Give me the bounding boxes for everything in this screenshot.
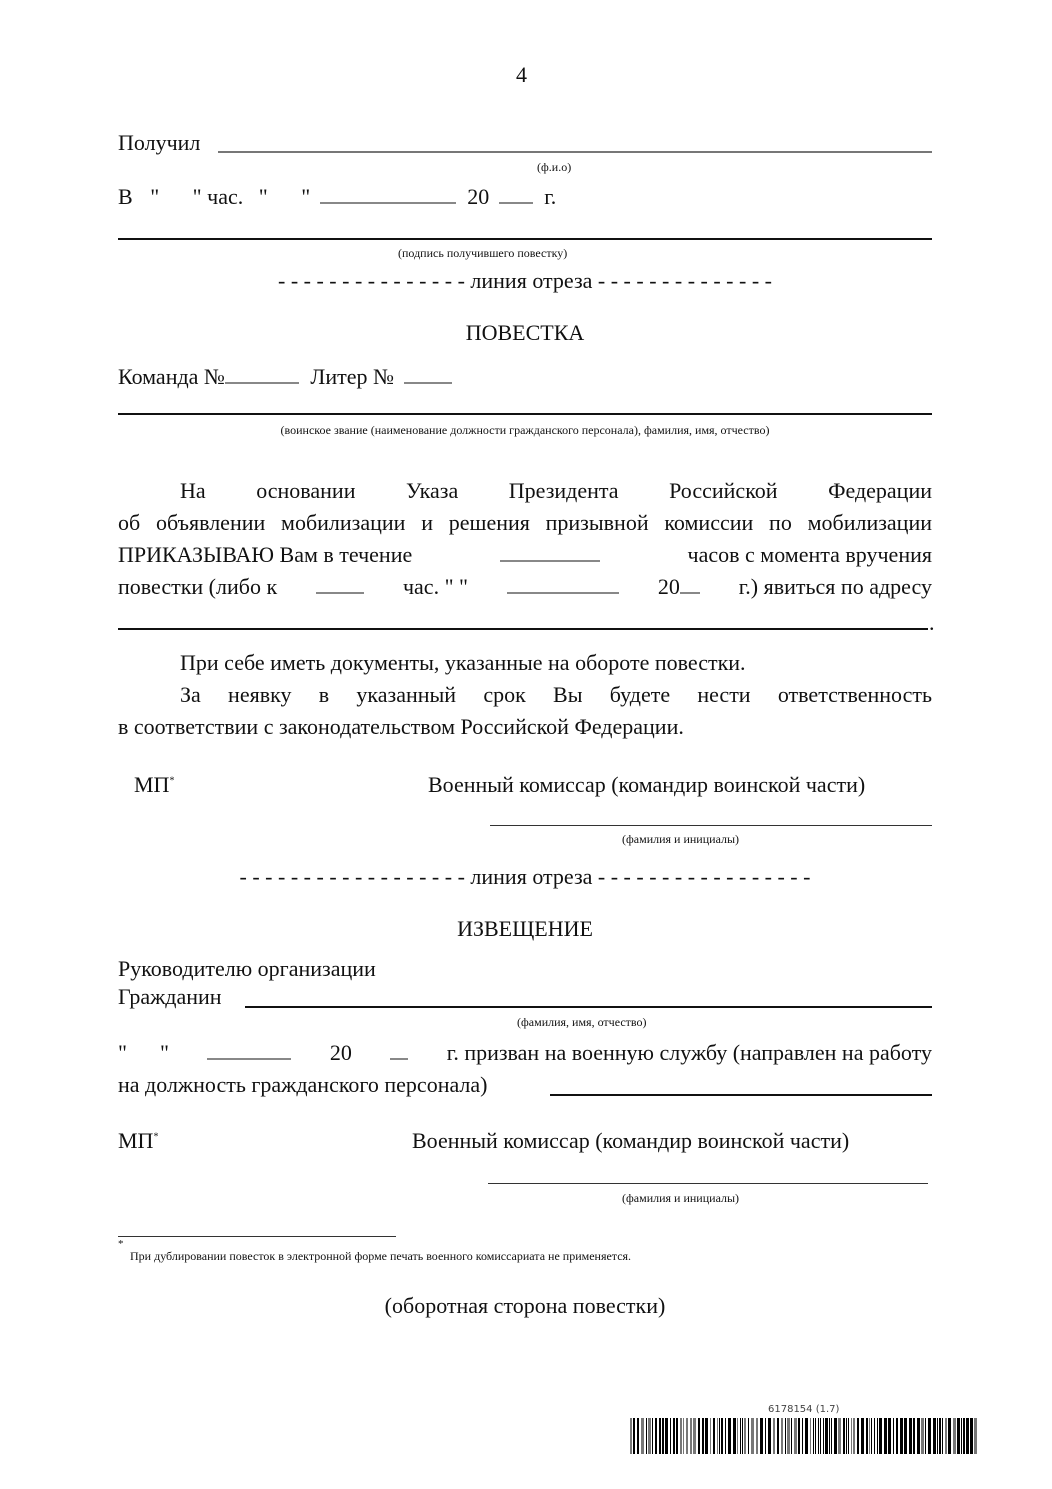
barcode-bar	[820, 1418, 821, 1454]
appear-hour-field[interactable]	[316, 574, 364, 594]
barcode-bar	[851, 1418, 852, 1454]
received-fio-field[interactable]	[218, 151, 932, 153]
barcode-bar	[633, 1418, 635, 1454]
rank-caption: (воинское звание (наименование должности…	[118, 423, 932, 438]
barcode-bar	[725, 1418, 726, 1454]
summons-signer-caption: (фамилия и инициалы)	[622, 832, 739, 847]
barcode-bar	[740, 1418, 741, 1454]
barcode-bar	[933, 1418, 936, 1454]
barcode-bar	[925, 1418, 926, 1454]
notice-position-line: на должность гражданского персонала)	[118, 1072, 488, 1098]
barcode-bar	[648, 1418, 651, 1454]
citizen-label: Гражданин	[118, 984, 222, 1010]
address-period: .	[929, 610, 935, 636]
barcode-bar	[917, 1418, 920, 1454]
barcode-bar	[913, 1418, 915, 1454]
barcode-bar	[670, 1418, 671, 1454]
barcode-bar	[665, 1418, 668, 1454]
barcode-bar	[676, 1418, 678, 1454]
barcode-bar	[888, 1418, 891, 1454]
barcode-bar	[823, 1418, 824, 1454]
order-line: ПРИКАЗЫВАЮ Вам в течение часов с момента…	[118, 542, 932, 568]
documents-note: При себе иметь документы, указанные на о…	[180, 650, 746, 676]
barcode-bar	[963, 1418, 965, 1454]
barcode-bar	[815, 1418, 816, 1454]
appear-date-field[interactable]	[507, 574, 619, 594]
notice-addressee: Руководителю организации	[118, 956, 376, 982]
barcode-bar	[710, 1418, 711, 1454]
hours-field[interactable]	[500, 542, 600, 562]
cut-line-2: - - - - - - - - - - - - - - - - - - лини…	[118, 864, 932, 890]
address-field[interactable]	[118, 628, 928, 630]
barcode-bar	[719, 1418, 720, 1454]
summons-title: ПОВЕСТКА	[118, 320, 932, 346]
barcode-bar	[818, 1418, 819, 1454]
barcode-bar	[961, 1418, 962, 1454]
appear-year-field[interactable]	[680, 574, 700, 594]
notice-stamp: МП*	[118, 1128, 158, 1154]
liability-line-1: За неявку в указанный срок Вы будете нес…	[118, 682, 932, 708]
barcode-bar	[942, 1418, 943, 1454]
barcode-bar	[853, 1418, 855, 1454]
barcode-bar	[713, 1418, 715, 1454]
barcode-bar	[702, 1418, 704, 1454]
barcode-bar	[945, 1418, 947, 1454]
liter-number-field[interactable]	[404, 364, 452, 384]
barcode-bar	[698, 1418, 700, 1454]
barcode-bar	[748, 1418, 749, 1454]
summons-signer-field[interactable]	[490, 825, 932, 826]
reverse-side-label: (оборотная сторона повестки)	[118, 1293, 932, 1319]
notice-date-field[interactable]	[207, 1040, 291, 1060]
barcode-bar	[825, 1418, 828, 1454]
notice-signer-field[interactable]	[488, 1183, 928, 1184]
barcode-bar	[948, 1418, 951, 1454]
barcode-bar	[721, 1418, 723, 1454]
barcode-bar	[928, 1418, 931, 1454]
barcode-bar	[879, 1418, 882, 1454]
summons-stamp: МП*	[134, 772, 174, 798]
cut-dashes-right: - - - - - - - - - - - - - -	[598, 268, 772, 293]
barcode-bar	[756, 1418, 758, 1454]
barcode-bar	[733, 1418, 736, 1454]
barcode-bar	[970, 1418, 973, 1454]
barcode-bar	[751, 1418, 754, 1454]
receipt-day-month-field[interactable]	[320, 184, 456, 204]
receipt-time-line: В " " час. " " 20 г.	[118, 184, 556, 210]
footnote-separator	[118, 1236, 396, 1237]
barcode-bar	[717, 1418, 718, 1454]
barcode-bar	[953, 1418, 956, 1454]
barcode-bar	[838, 1418, 841, 1454]
barcode-bar	[777, 1418, 779, 1454]
notice-title: ИЗВЕЩЕНИЕ	[118, 916, 932, 942]
cut-line-label: линия отреза	[470, 268, 592, 293]
barcode-bar	[768, 1418, 771, 1454]
barcode-bar	[760, 1418, 763, 1454]
barcode-bar	[680, 1418, 682, 1454]
barcode-bar	[742, 1418, 743, 1454]
barcode-bar	[630, 1418, 632, 1454]
barcode-bar	[831, 1418, 832, 1454]
citizen-name-field[interactable]	[245, 1006, 932, 1008]
barcode-bar	[846, 1418, 847, 1454]
appear-line: повестки (либо к час. " " 20 г.) явиться…	[118, 574, 932, 600]
barcode-bar	[896, 1418, 898, 1454]
barcode-bar	[705, 1418, 708, 1454]
barcode-bar	[659, 1418, 661, 1454]
barcode-bar	[871, 1418, 872, 1454]
barcode-bar	[737, 1418, 738, 1454]
paragraph-line-1: На основании Указа Президента Российской…	[118, 478, 932, 504]
barcode-bar	[794, 1418, 797, 1454]
notice-year-field[interactable]	[390, 1040, 408, 1060]
rank-name-field[interactable]	[118, 413, 932, 415]
barcode-bar	[866, 1418, 868, 1454]
barcode-bar	[637, 1418, 639, 1454]
barcode-bar	[921, 1418, 924, 1454]
barcode-bar	[861, 1418, 864, 1454]
barcode-bar	[893, 1418, 894, 1454]
barcode-bar	[693, 1418, 696, 1454]
barcode-bar	[909, 1418, 912, 1454]
barcode-bar	[798, 1418, 800, 1454]
barcode-bar	[848, 1418, 849, 1454]
barcode-bar	[813, 1418, 814, 1454]
barcode-bar	[791, 1418, 792, 1454]
barcode-bar	[834, 1418, 837, 1454]
barcode-bar	[773, 1418, 775, 1454]
barcode	[630, 1418, 980, 1454]
barcode-bar	[646, 1418, 647, 1454]
citizen-caption: (фамилия, имя, отчество)	[517, 1015, 646, 1030]
liter-label: Литер №	[310, 364, 394, 389]
barcode-bar	[877, 1418, 878, 1454]
barcode-bar	[874, 1418, 875, 1454]
barcode-bar	[655, 1418, 657, 1454]
notice-position-field[interactable]	[550, 1094, 932, 1096]
liability-line-2: в соответствии с законодательством Росси…	[118, 714, 684, 740]
barcode-bar	[673, 1418, 675, 1454]
barcode-bar	[686, 1418, 688, 1454]
fio-caption: (ф.и.о)	[537, 160, 571, 175]
notice-signer-caption: (фамилия и инициалы)	[622, 1191, 739, 1206]
barcode-bar	[884, 1418, 887, 1454]
barcode-bar	[683, 1418, 684, 1454]
barcode-bar	[662, 1418, 664, 1454]
barcode-bar	[810, 1418, 811, 1454]
barcode-bar	[728, 1418, 731, 1454]
footnote-mark: *	[118, 1238, 124, 1250]
signature-caption: (подпись получившего повестку)	[398, 246, 567, 261]
receipt-signature-field[interactable]	[118, 238, 932, 240]
barcode-label: 6178154 (1.7)	[768, 1404, 839, 1415]
received-label: Получил	[118, 130, 200, 156]
barcode-bar	[857, 1418, 859, 1454]
barcode-bar	[690, 1418, 692, 1454]
barcode-bar	[900, 1418, 903, 1454]
barcode-bar	[744, 1418, 746, 1454]
barcode-bar	[641, 1418, 644, 1454]
team-label: Команда №	[118, 364, 225, 389]
barcode-bar	[652, 1418, 653, 1454]
paragraph-line-2: об объявлении мобилизации и решения приз…	[118, 510, 932, 536]
receipt-year-field[interactable]	[499, 184, 533, 204]
barcode-bar	[939, 1418, 941, 1454]
barcode-bar	[785, 1418, 786, 1454]
footnote-mark: *	[153, 1132, 158, 1143]
barcode-bar	[974, 1418, 977, 1454]
barcode-bar	[869, 1418, 870, 1454]
time-prefix: В	[118, 184, 133, 209]
footnote-text: При дублировании повесток в электронной …	[130, 1249, 631, 1264]
barcode-bar	[829, 1418, 830, 1454]
cut-dashes-left: - - - - - - - - - - - - - - -	[278, 268, 470, 293]
page-number: 4	[516, 62, 527, 88]
barcode-bar	[802, 1418, 803, 1454]
barcode-bar	[781, 1418, 783, 1454]
summons-signer-label: Военный комиссар (командир воинской част…	[428, 772, 865, 798]
barcode-bar	[805, 1418, 808, 1454]
footnote-mark: *	[169, 776, 174, 787]
barcode-bar	[966, 1418, 969, 1454]
notice-date-line: " " 20 г. призван на военную службу (нап…	[118, 1040, 932, 1066]
team-liter-line: Команда № Литер №	[118, 364, 452, 390]
team-number-field[interactable]	[225, 364, 299, 384]
cut-dashes-left: - - - - - - - - - - - - - - - - - -	[240, 864, 471, 889]
notice-signer-label: Военный комиссар (командир воинской част…	[412, 1128, 849, 1154]
barcode-bar	[904, 1418, 907, 1454]
barcode-bar	[843, 1418, 845, 1454]
barcode-bar	[957, 1418, 960, 1454]
hour-label: час.	[207, 184, 243, 209]
barcode-bar	[937, 1418, 938, 1454]
barcode-bar	[765, 1418, 766, 1454]
cut-line-1: - - - - - - - - - - - - - - - линия отре…	[118, 268, 932, 294]
cut-dashes-right: - - - - - - - - - - - - - - - - -	[598, 864, 811, 889]
barcode-bar	[787, 1418, 790, 1454]
cut-line-label: линия отреза	[470, 864, 592, 889]
